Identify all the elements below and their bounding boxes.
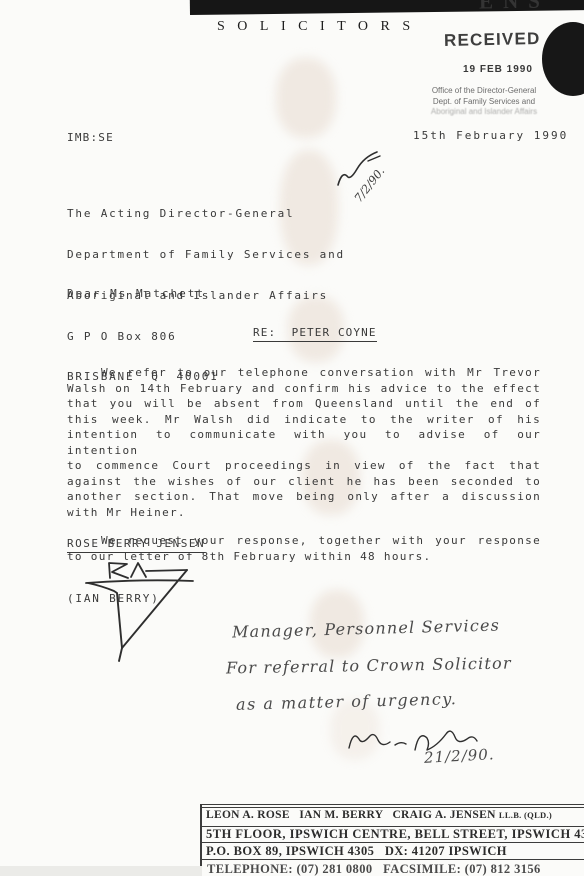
footer-postal-address: P.O. BOX 89, IPSWICH 4305 DX: 41207 IPSW…: [206, 844, 507, 859]
body-line: to commence Court proceedings in view of…: [67, 458, 541, 474]
letterhead-black-bar: ENS: [190, 0, 584, 15]
body-line: that you will be absent from Queensland …: [67, 396, 541, 412]
salutation: Dear Ms Matchett: [67, 287, 205, 300]
received-stamp-date: 19 FEB 1990: [463, 64, 533, 75]
handwritten-note-date: 21/2/90.: [424, 745, 495, 767]
ian-berry-signature: [70, 552, 205, 667]
firm-name: ROSE BERRY JENSEN: [67, 537, 205, 553]
footer-divider: [200, 859, 584, 860]
handwritten-note-line: Manager, Personnel Services: [232, 615, 501, 641]
body-line: this week. Mr Walsh did indicate to the …: [67, 412, 541, 428]
subject-line: RE: PETER COYNE: [253, 326, 377, 342]
body-line: intention to communicate with you to adv…: [67, 427, 541, 458]
footer-partner-names: LEON A. ROSE IAN M. BERRY CRAIG A. JENSE…: [206, 809, 552, 821]
letterhead-solicitors-label: SOLICITORS: [217, 19, 423, 35]
body-line: against the wishes of our client he has …: [67, 474, 541, 490]
received-stamp-office: Office of the Director-General Dept. of …: [426, 86, 542, 118]
body-line: with Mr Heiner.: [67, 505, 541, 521]
scan-edge-strip: [0, 866, 202, 876]
body-line: another section. That move being only af…: [67, 489, 541, 505]
handwritten-note-line: as a matter of urgency.: [236, 689, 458, 714]
letter-date: 15th February 1990: [413, 129, 568, 142]
footer-street-address: 5TH FLOOR, IPSWICH CENTRE, BELL STREET, …: [206, 827, 584, 842]
recipient-line: The Acting Director-General: [67, 207, 345, 221]
scan-smudge: [276, 58, 336, 138]
stamp-office-line: Aboriginal and Islander Affairs: [426, 107, 542, 118]
letter-reference: IMB:SE: [67, 131, 114, 144]
recipient-line: Department of Family Services and: [67, 248, 345, 262]
footer-divider: [200, 804, 584, 805]
footer-phone-fax: TELEPHONE: (07) 281 0800 FACSIMILE: (07)…: [207, 862, 541, 876]
body-line: Walsh on 14th February and confirm his a…: [67, 381, 541, 397]
body-line: We refer to our telephone conversation w…: [67, 365, 541, 381]
letter-body: We refer to our telephone conversation w…: [67, 365, 541, 564]
letterhead-bar-fragment: ENS: [479, 0, 550, 14]
stamp-office-line: Office of the Director-General: [426, 86, 542, 97]
received-stamp-title: RECEIVED: [444, 29, 541, 51]
footer-names-suffix: LL.B. (QLD.): [499, 810, 552, 820]
letterhead-corner-mark: [542, 22, 584, 96]
footer-divider: [200, 842, 584, 843]
scanned-letter-page: ENS SOLICITORS RECEIVED 19 FEB 1990 Offi…: [0, 0, 584, 876]
footer-divider: [200, 807, 584, 808]
handwritten-note-line: For referral to Crown Solicitor: [226, 654, 512, 678]
stamp-office-line: Dept. of Family Services and: [426, 97, 542, 108]
footer-names-text: LEON A. ROSE IAN M. BERRY CRAIG A. JENSE…: [206, 809, 499, 821]
signatory-name: (IAN BERRY): [67, 592, 160, 605]
